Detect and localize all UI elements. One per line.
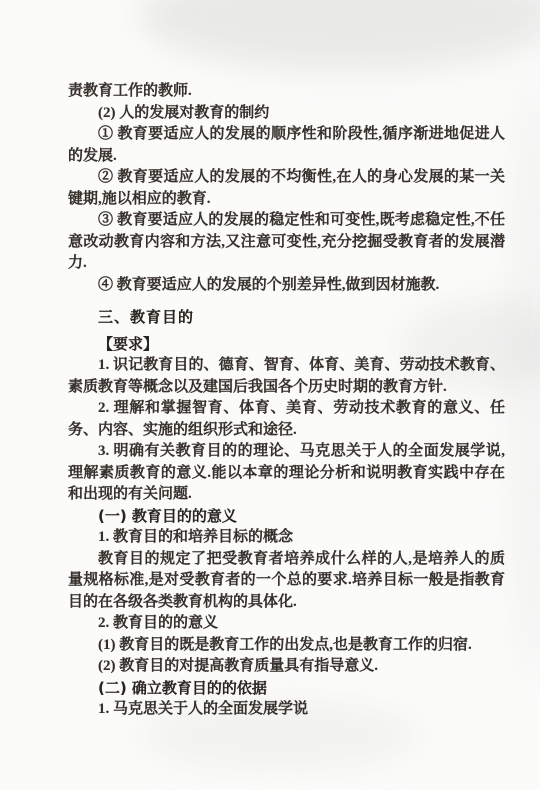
subitem-significance-heading: 2. 教育目的的意义 — [68, 613, 505, 635]
list-item-2: ② 教育要适应人的发展的不均衡性,在人的身心发展的某一关键期,施以相应的教育. — [68, 167, 505, 210]
requirement-item-1: 1. 识记教育目的、德育、智育、体育、美育、劳动技术教育、素质教育等概念以及建国… — [68, 355, 505, 398]
requirements-label: 【要求】 — [68, 334, 505, 356]
list-item-4: ④ 教育要适应人的发展的个别差异性,做到因材施教. — [68, 275, 505, 297]
significance-item-2: (2) 教育目的对提高教育质量具有指导意义. — [68, 656, 505, 678]
subitem-marx-theory: 1. 马克思关于人的全面发展学说 — [68, 699, 505, 721]
scan-shadow-edge — [505, 80, 540, 680]
requirement-item-3: 3. 明确有关教育目的的理论、马克思关于人的全面发展学说,理解素质教育的意义.能… — [68, 441, 505, 506]
subsection-heading-basis: (二) 确立教育目的的依据 — [68, 678, 505, 700]
requirement-item-2: 2. 理解和掌握智育、体育、美育、劳动技术教育的意义、任务、内容、实施的组织形式… — [68, 398, 505, 441]
body-paragraph-definition: 教育目的规定了把受教育者培养成什么样的人,是培养人的质量规格标准,是对受教育者的… — [68, 549, 505, 614]
subitem-concept-heading: 1. 教育目的和培养目标的概念 — [68, 527, 505, 549]
section-heading-education-aims: 三、教育目的 — [68, 307, 505, 329]
list-item-development-constraint: (2) 人的发展对教育的制约 — [68, 103, 505, 125]
list-item-3: ③ 教育要适应人的发展的稳定性和可变性,既考虑稳定性,不任意改动教育内容和方法,… — [68, 210, 505, 275]
scanned-book-page: 责教育工作的教师. (2) 人的发展对教育的制约 ① 教育要适应人的发展的顺序性… — [0, 0, 540, 790]
page-text-column: 责教育工作的教师. (2) 人的发展对教育的制约 ① 教育要适应人的发展的顺序性… — [68, 81, 505, 721]
significance-item-1: (1) 教育目的既是教育工作的出发点,也是教育工作的归宿. — [68, 635, 505, 657]
list-item-1: ① 教育要适应人的发展的顺序性和阶段性,循序渐进地促进人的发展. — [68, 124, 505, 167]
paragraph-continuation: 责教育工作的教师. — [68, 81, 505, 103]
scan-shadow-top — [140, 0, 540, 70]
subsection-heading-meaning: (一) 教育目的的意义 — [68, 506, 505, 528]
